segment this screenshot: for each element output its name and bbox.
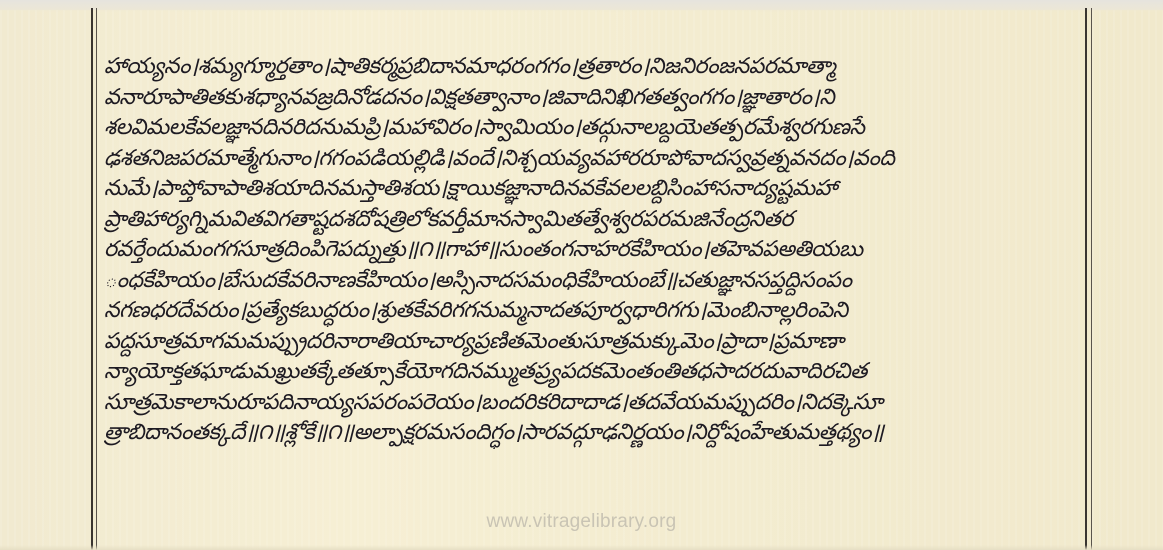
manuscript-line-12: సూత్రమెకాలానురూపదినాయ్యసపరంపరెయం।బందరికర… — [104, 388, 1082, 419]
manuscript-page: హాయ్యనం।శమ్యగ్మూర్తతాం।షాతికర్మప్రబిదానమ… — [0, 0, 1163, 550]
manuscript-line-13: త్రాబిదానంతక్కదే॥౧॥శ్లోకే॥౧॥అల్పాక్షరమసం… — [104, 418, 1082, 449]
manuscript-line-6: ప్రాతిహార్యగ్నిమవితవిగతాష్టదశదోషత్రిలోకవ… — [104, 205, 1082, 236]
manuscript-text-block: హాయ్యనం।శమ్యగ్మూర్తతాం।షాతికర్మప్రబిదానమ… — [104, 52, 1082, 449]
right-margin-rule-inner — [1091, 8, 1092, 550]
manuscript-line-9: నగణధరదేవరుం।ప్రత్యేకబుద్ధరుం।శ్రుతకేవరిగ… — [104, 296, 1082, 327]
right-margin-rule-outer — [1085, 8, 1087, 550]
manuscript-line-4: ఢశతనిజపరమాత్మేగునాం।గగంపడియల్లిడి।వందే।న… — [104, 144, 1082, 175]
library-watermark: www.vitragelibrary.org — [0, 511, 1163, 533]
page-top-edge — [0, 0, 1163, 10]
left-margin-rule-inner — [96, 8, 97, 550]
page-bottom-edge — [0, 545, 1163, 550]
manuscript-line-3: శలవిమలకేవలజ్ఞానదినరిదనుమప్రి।మహావిరం।స్వ… — [104, 113, 1082, 144]
manuscript-line-5: నుమే।పాప్తోవాపాతిశయాదినమస్తాతిశయ।క్షాయిక… — [104, 174, 1082, 205]
manuscript-line-8: ంధకేహియం।బేసుదకేవరినాణకేహియం।అస్సినాదసమం… — [104, 266, 1082, 297]
manuscript-line-7: రవర్తేందుమంగగసూత్రదింపిగెపద్నుత్తు॥౧॥గాహ… — [104, 235, 1082, 266]
manuscript-line-1: హాయ్యనం।శమ్యగ్మూర్తతాం।షాతికర్మప్రబిదానమ… — [104, 52, 1082, 83]
manuscript-line-2: వనారూపాతితకుశధ్యానవజ్రదినోడదనం।విక్షతత్వ… — [104, 83, 1082, 114]
left-margin-rule-outer — [91, 8, 93, 550]
manuscript-line-10: పద్దసూత్రమాగమమప్ప్రుదరినారాతియాచార్యప్రణ… — [104, 327, 1082, 358]
manuscript-line-11: న్యాయోక్తతఘాడుమఖ్రుతక్కేతత్సూకేయోగదినమ్మ… — [104, 357, 1082, 388]
